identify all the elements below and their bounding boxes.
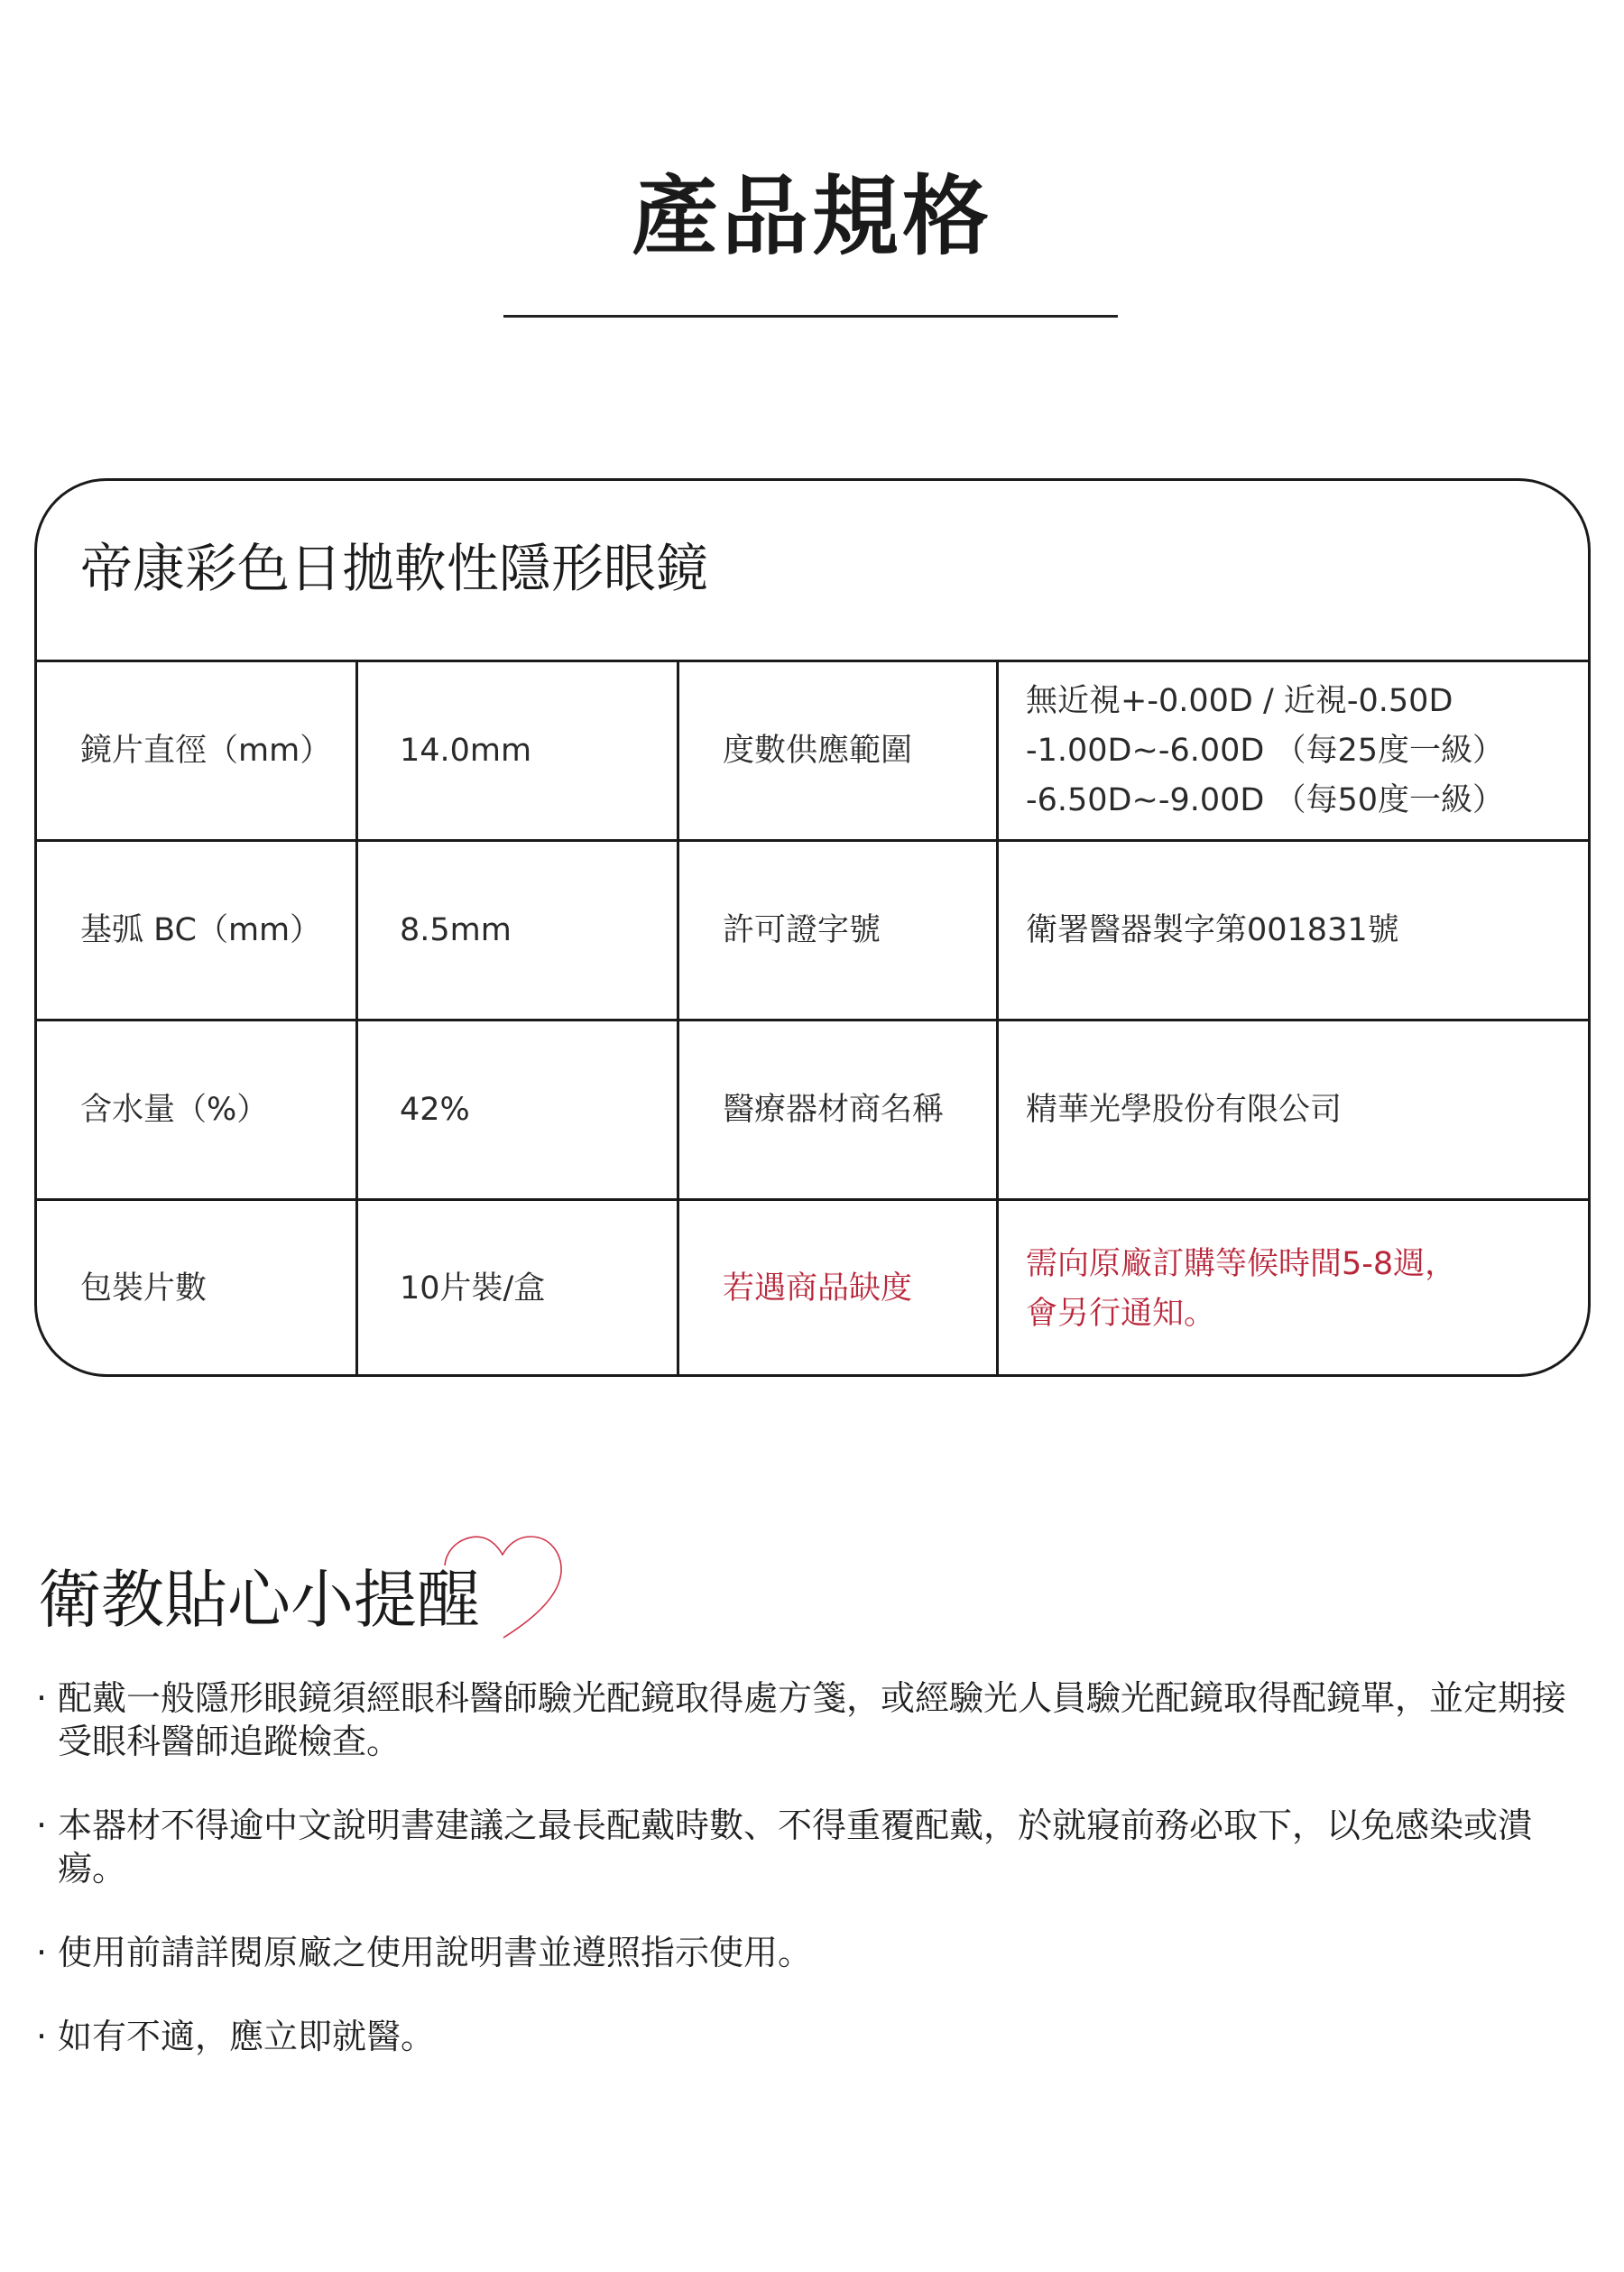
tip-text: 配戴一般隱形眼鏡須經眼科醫師驗光配鏡取得處方箋，或經驗光人員驗光配鏡取得配鏡單，… — [58, 1678, 1566, 1761]
tip-item: · 如有不適，應立即就醫。 — [36, 2015, 1588, 2058]
spec-value: 14.0mm — [358, 662, 679, 839]
tip-item: · 配戴一般隱形眼鏡須經眼科醫師驗光配鏡取得處方箋，或經驗光人員驗光配鏡取得配鏡… — [36, 1676, 1588, 1763]
bullet: · — [36, 1931, 47, 1974]
spec-label: 鏡片直徑（mm） — [37, 662, 358, 839]
spec-label-out-of-stock: 若遇商品缺度 — [679, 1201, 999, 1377]
spec-row-diameter: 鏡片直徑（mm） 14.0mm 度數供應範圍 無近視+-0.00D / 近視-0… — [37, 662, 1588, 842]
spec-row-water-content: 含水量（%） 42% 醫療器材商名稱 精華光學股份有限公司 — [37, 1021, 1588, 1201]
bullet: · — [36, 1804, 47, 1847]
spec-value-out-of-stock-notice: 需向原廠訂購等候時間5-8週， 會另行通知。 — [999, 1201, 1588, 1377]
bullet: · — [36, 2015, 47, 2058]
bullet: · — [36, 1676, 47, 1720]
spec-value-power-range: 無近視+-0.00D / 近視-0.50D -1.00D~-6.00D （每25… — [999, 662, 1588, 839]
spec-label: 基弧 BC（mm） — [37, 842, 358, 1019]
tip-item: · 本器材不得逾中文說明書建議之最長配戴時數、不得重覆配戴，於就寢前務必取下，以… — [36, 1804, 1588, 1890]
heart-icon — [433, 1525, 577, 1651]
spec-label: 度數供應範圍 — [679, 662, 999, 839]
power-range-line: -1.00D~-6.00D （每25度一級） — [1026, 726, 1504, 776]
spec-value: 42% — [358, 1021, 679, 1198]
spec-label: 醫療器材商名稱 — [679, 1021, 999, 1198]
spec-label: 許可證字號 — [679, 842, 999, 1019]
spec-value: 10片裝/盒 — [358, 1201, 679, 1377]
notice-line: 需向原廠訂購等候時間5-8週， — [1026, 1240, 1456, 1289]
notice-line: 會另行通知。 — [1026, 1289, 1456, 1339]
tips-heading: 衛教貼心小提醒 — [38, 1559, 480, 1640]
spec-table: 帝康彩色日拋軟性隱形眼鏡 鏡片直徑（mm） 14.0mm 度數供應範圍 無近視+… — [34, 478, 1591, 1377]
page-title: 產品規格 — [0, 162, 1624, 271]
tip-text: 本器材不得逾中文說明書建議之最長配戴時數、不得重覆配戴，於就寢前務必取下，以免感… — [58, 1806, 1532, 1889]
tips-list: · 配戴一般隱形眼鏡須經眼科醫師驗光配鏡取得處方箋，或經驗光人員驗光配鏡取得配鏡… — [36, 1676, 1588, 2099]
spec-grid: 鏡片直徑（mm） 14.0mm 度數供應範圍 無近視+-0.00D / 近視-0… — [37, 660, 1588, 1377]
spec-label: 含水量（%） — [37, 1021, 358, 1198]
title-divider — [503, 315, 1118, 318]
power-range-line: -6.50D~-9.00D （每50度一級） — [1026, 776, 1504, 826]
spec-value: 8.5mm — [358, 842, 679, 1019]
tip-item: · 使用前請詳閱原廠之使用說明書並遵照指示使用。 — [36, 1931, 1588, 1974]
spec-row-package: 包裝片數 10片裝/盒 若遇商品缺度 需向原廠訂購等候時間5-8週， 會另行通知… — [37, 1201, 1588, 1377]
spec-value: 精華光學股份有限公司 — [999, 1021, 1588, 1198]
spec-row-base-curve: 基弧 BC（mm） 8.5mm 許可證字號 衛署醫器製字第001831號 — [37, 842, 1588, 1021]
spec-label: 包裝片數 — [37, 1201, 358, 1377]
tip-text: 使用前請詳閱原廠之使用說明書並遵照指示使用。 — [58, 1933, 812, 1972]
product-name: 帝康彩色日拋軟性隱形眼鏡 — [80, 537, 708, 600]
spec-value: 衛署醫器製字第001831號 — [999, 842, 1588, 1019]
power-range-line: 無近視+-0.00D / 近視-0.50D — [1026, 677, 1504, 726]
tip-text: 如有不適，應立即就醫。 — [58, 2017, 435, 2056]
